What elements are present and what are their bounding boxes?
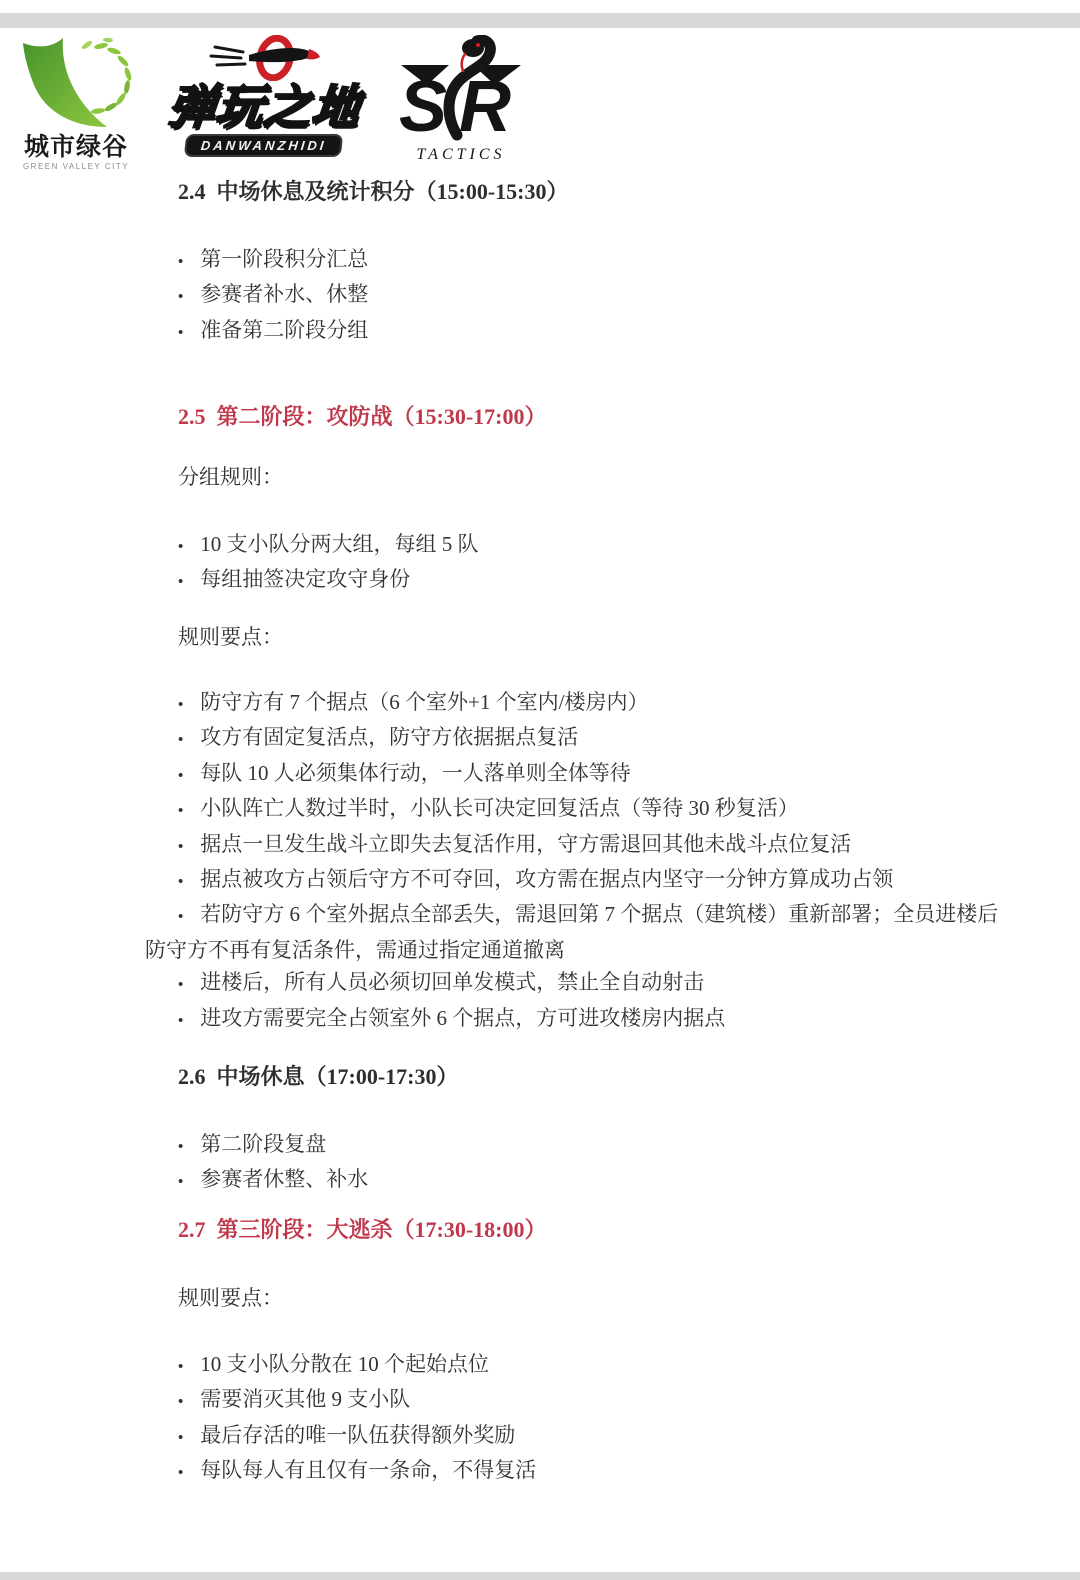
bullet-text: 进楼后，所有人员必须切回单发模式，禁止全自动射击 — [200, 970, 704, 994]
bullet-dot: • — [178, 538, 183, 555]
page-bottom-edge-bar — [0, 1572, 1080, 1580]
bullet-text: 第一阶段积分汇总 — [200, 247, 368, 271]
bullet-text: 最后存活的唯一队伍获得额外奖励 — [200, 1423, 515, 1447]
bullet-dot: • — [178, 802, 183, 819]
bullet-dot: • — [178, 1358, 183, 1375]
bullet-text: 10 支小队分散在 10 个起始点位 — [200, 1352, 489, 1376]
bullet-dot: • — [178, 573, 183, 590]
bullet-dot: • — [178, 1138, 183, 1155]
bullet-item: •10 支小队分两大组，每组 5 队 — [145, 528, 1011, 563]
bullet-list-2-6: •第二阶段复盘 •参赛者休整、补水 — [145, 1128, 1011, 1199]
bullet-dot: • — [178, 1393, 183, 1410]
bullet-dot: • — [178, 1464, 183, 1481]
green-valley-logo: 城市绿谷 GREEN VALLEY CITY — [15, 35, 137, 171]
bullet-text: 参赛者休整、补水 — [200, 1167, 368, 1191]
sr-tactics-logo: S R TACTICS — [397, 35, 525, 164]
bullet-text: 防守方有 7 个据点（6 个室外+1 个室内/楼房内） — [200, 690, 648, 714]
bullet-item: •小队阵亡人数过半时，小队长可决定回复活点（等待 30 秒复活） — [145, 792, 1011, 827]
bullet-text: 每队 10 人必须集体行动，一人落单则全体等待 — [200, 761, 631, 785]
bullet-ring-icon — [153, 35, 375, 81]
bullet-text: 据点一旦发生战斗立即失去复活作用，守方需退回其他未战斗点位复活 — [200, 832, 851, 856]
rules-label-2-7: 规则要点： — [145, 1284, 1078, 1312]
bullet-item: •进攻方需要完全占领室外 6 个据点，方可进攻楼房内据点 — [145, 1002, 1011, 1037]
bullet-text: 攻方有固定复活点，防守方依据据点复活 — [200, 725, 578, 749]
bullet-dot: • — [178, 696, 183, 713]
bullet-dot: • — [178, 1012, 183, 1029]
danwanzhidi-logo: 弹玩之地 DANWANZHIDI — [153, 35, 375, 157]
snake-icon: S R — [397, 35, 525, 147]
bullet-text: 据点被攻方占领后守方不可夺回，攻方需在据点内坚守一分钟方算成功占领 — [200, 867, 893, 891]
bullet-text: 参赛者补水、休整 — [200, 282, 368, 306]
rules-bullet-list-2-7: •10 支小队分散在 10 个起始点位 •需要消灭其他 9 支小队 •最后存活的… — [145, 1348, 1011, 1490]
bullet-item: •若防守方 6 个室外据点全部丢失，需退回第 7 个据点（建筑楼）重新部署；全员… — [145, 898, 1011, 966]
bullet-item: •参赛者休整、补水 — [145, 1163, 1011, 1198]
bullet-dot: • — [178, 288, 183, 305]
bullet-item: •最后存活的唯一队伍获得额外奖励 — [145, 1419, 1011, 1454]
bullet-text: 进攻方需要完全占领室外 6 个据点，方可进攻楼房内据点 — [200, 1006, 725, 1030]
bullet-item: •每组抽签决定攻守身份 — [145, 563, 1011, 598]
bullet-text: 10 支小队分两大组，每组 5 队 — [200, 532, 478, 556]
bullet-list-2-4: •第一阶段积分汇总 •参赛者补水、休整 •准备第二阶段分组 — [145, 243, 1011, 349]
page-top-edge-bar — [0, 13, 1080, 28]
bullet-item: •攻方有固定复活点，防守方依据据点复活 — [145, 721, 1011, 756]
bullet-item: •据点被攻方占领后守方不可夺回，攻方需在据点内坚守一分钟方算成功占领 — [145, 863, 1011, 898]
bullet-text: 若防守方 6 个室外据点全部丢失，需退回第 7 个据点（建筑楼）重新部署；全员进… — [145, 902, 998, 961]
heading-2-6: 2.6 中场休息（17:00-17:30） — [145, 1063, 1078, 1091]
bullet-item: •第一阶段积分汇总 — [145, 243, 1011, 278]
bullet-item: •据点一旦发生战斗立即失去复活作用，守方需退回其他未战斗点位复活 — [145, 828, 1011, 863]
bullet-dot: • — [178, 1429, 183, 1446]
bullet-text: 需要消灭其他 9 支小队 — [200, 1387, 410, 1411]
bullet-item: •准备第二阶段分组 — [145, 314, 1011, 349]
bullet-text: 每队每人有且仅有一条命，不得复活 — [200, 1458, 536, 1482]
bullet-text: 每组抽签决定攻守身份 — [200, 567, 410, 591]
bullet-item: •每队每人有且仅有一条命，不得复活 — [145, 1454, 1011, 1489]
bullet-item: •进楼后，所有人员必须切回单发模式，禁止全自动射击 — [145, 966, 1011, 1001]
bullet-item: •参赛者补水、休整 — [145, 278, 1011, 313]
bullet-dot: • — [178, 324, 183, 341]
bullet-dot: • — [178, 838, 183, 855]
document-page: 城市绿谷 GREEN VALLEY CITY 弹玩之地 DANWANZHIDI — [0, 0, 1080, 1580]
bullet-dot: • — [178, 908, 183, 925]
grouping-rules-label: 分组规则： — [145, 463, 1078, 491]
heading-2-5: 2.5 第二阶段：攻防战（15:30-17:00） — [145, 403, 1078, 431]
leaf-swoosh-icon — [15, 35, 137, 131]
bullet-dot: • — [178, 873, 183, 890]
logo-row: 城市绿谷 GREEN VALLEY CITY 弹玩之地 DANWANZHIDI — [15, 35, 525, 170]
bullet-item: •每队 10 人必须集体行动，一人落单则全体等待 — [145, 757, 1011, 792]
bullet-item: •防守方有 7 个据点（6 个室外+1 个室内/楼房内） — [145, 686, 1011, 721]
danwanzhidi-name-cn: 弹玩之地 — [150, 82, 377, 132]
grouping-bullet-list-2-5: •10 支小队分两大组，每组 5 队 •每组抽签决定攻守身份 — [145, 528, 1011, 599]
bullet-text: 第二阶段复盘 — [200, 1132, 326, 1156]
bullet-dot: • — [178, 767, 183, 784]
bullet-item: •需要消灭其他 9 支小队 — [145, 1383, 1011, 1418]
green-valley-name-en: GREEN VALLEY CITY — [15, 162, 137, 171]
bullet-dot: • — [178, 976, 183, 993]
heading-2-7: 2.7 第三阶段：大逃杀（17:30-18:00） — [145, 1216, 1078, 1244]
bullet-dot: • — [178, 1173, 183, 1190]
rules-label-2-5: 规则要点： — [145, 623, 1078, 651]
heading-2-4: 2.4 中场休息及统计积分（15:00-15:30） — [145, 178, 1078, 206]
bullet-item: •第二阶段复盘 — [145, 1128, 1011, 1163]
bullet-text: 小队阵亡人数过半时，小队长可决定回复活点（等待 30 秒复活） — [200, 796, 799, 820]
green-valley-name-cn: 城市绿谷 — [15, 134, 137, 160]
rules-bullet-list-2-5: •防守方有 7 个据点（6 个室外+1 个室内/楼房内） •攻方有固定复活点，防… — [145, 686, 1011, 1037]
bullet-text: 准备第二阶段分组 — [200, 318, 368, 342]
bullet-item: •10 支小队分散在 10 个起始点位 — [145, 1348, 1011, 1383]
danwanzhidi-name-en: DANWANZHIDI — [184, 134, 344, 157]
bullet-dot: • — [178, 731, 183, 748]
sr-tactics-name: TACTICS — [397, 146, 525, 164]
bullet-dot: • — [178, 253, 183, 270]
svg-text:S: S — [399, 67, 447, 147]
